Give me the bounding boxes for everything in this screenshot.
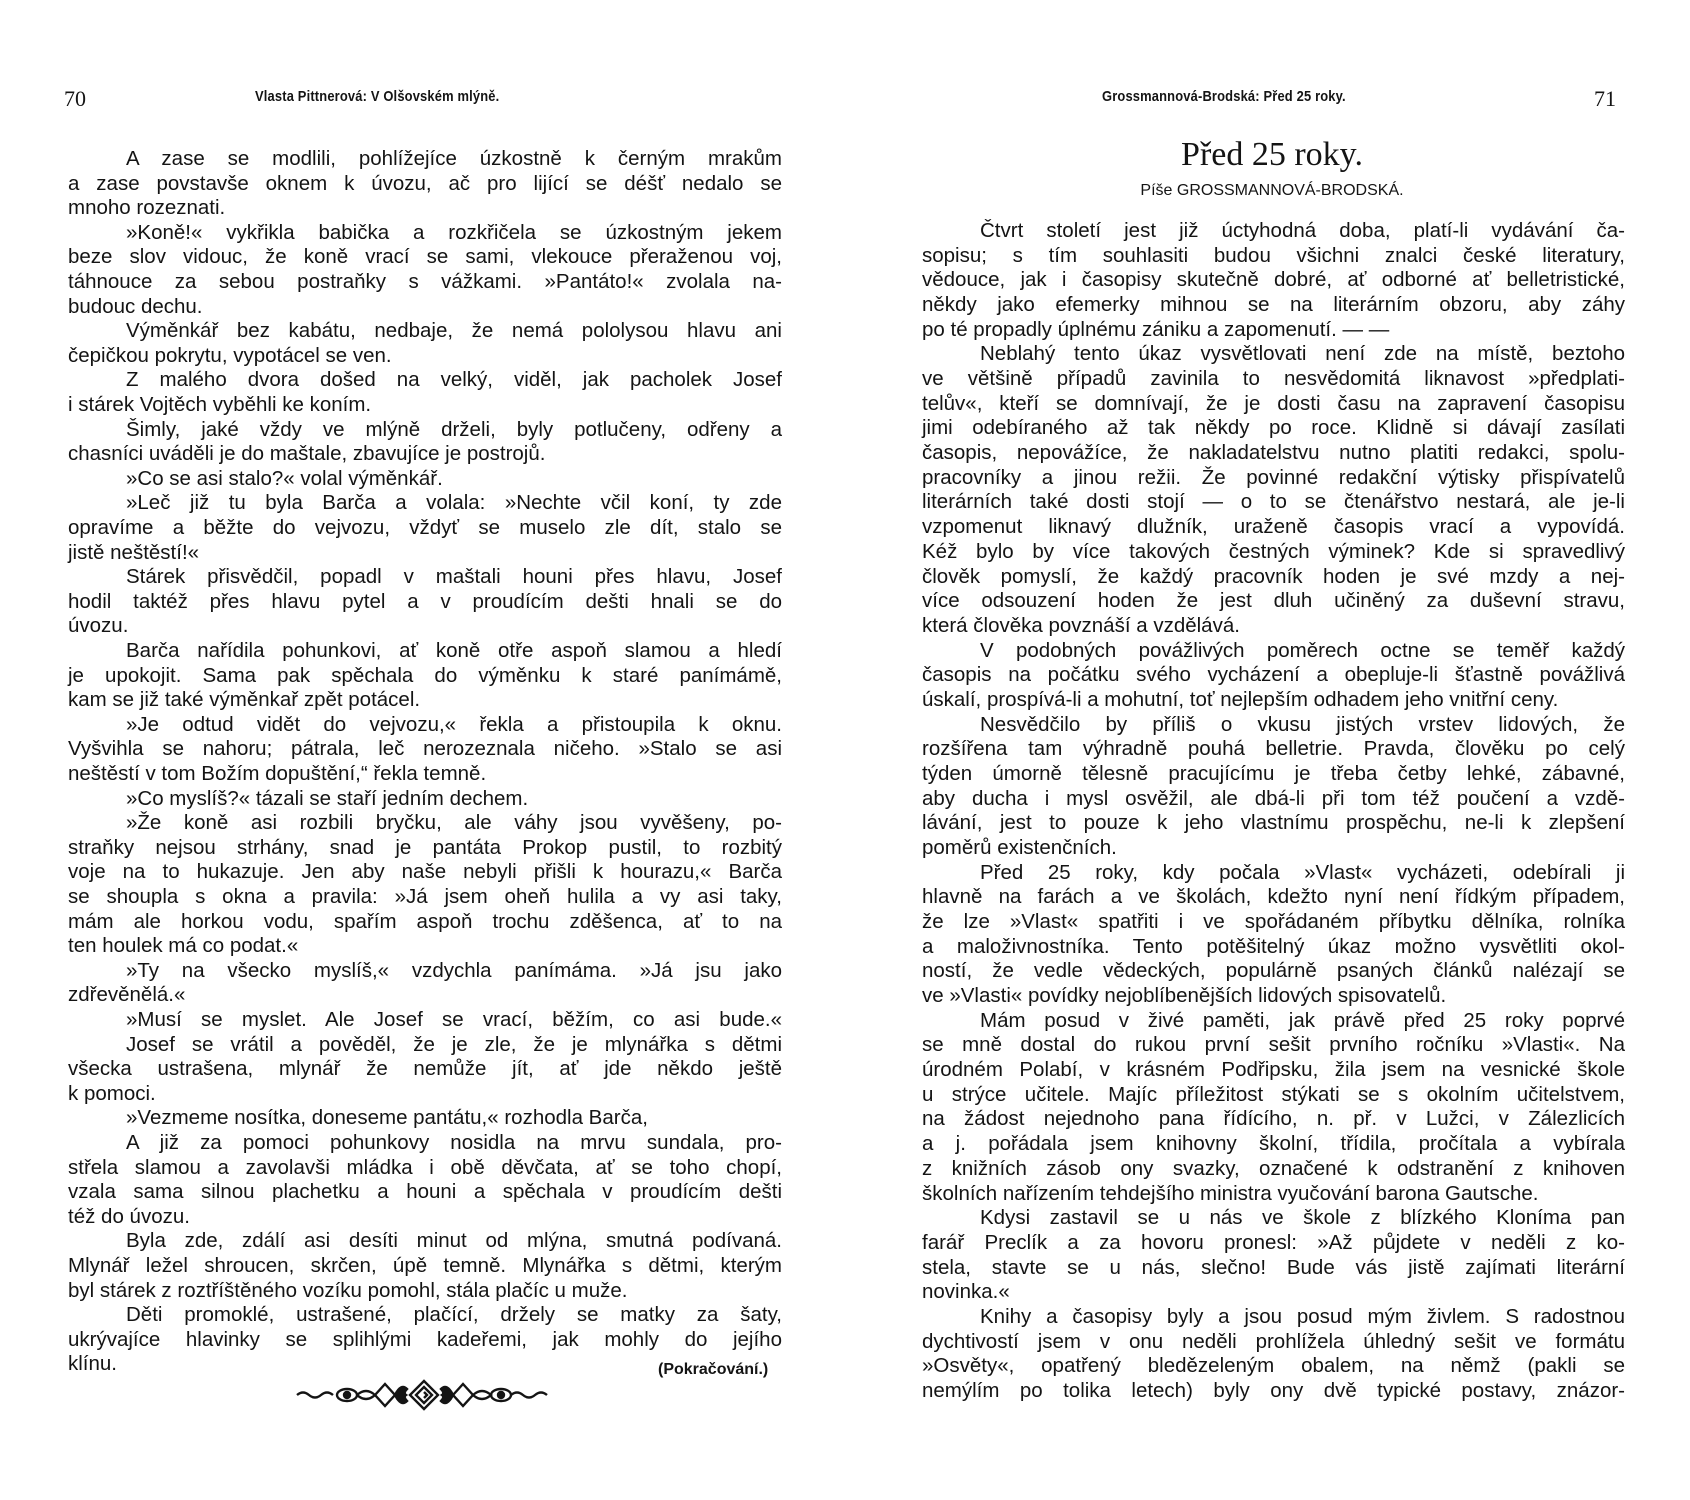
text-line: více odsouzení hoden že jest dluh učiněn…	[922, 588, 1625, 613]
text-line: u strýce učitele. Majíc příležitost stýk…	[922, 1082, 1625, 1107]
text-line: straňky nejsou strhány, snad je pantáta …	[68, 835, 782, 860]
text-line: a j. pořádala jsem knihovny školní, tříd…	[922, 1131, 1625, 1156]
text-line: »Koně!« vykřikla babička a rozkřičela se…	[68, 220, 782, 245]
text-line: »Že koně asi rozbili bryčku, ale váhy js…	[68, 810, 782, 835]
text-line: člověk pomyslí, že každý pracovník hoden…	[922, 564, 1625, 589]
text-line: Před 25 roky, kdy počala »Vlast« vycháze…	[922, 860, 1625, 885]
text-line: Vyšvihla se nahoru; pátrala, leč nerozez…	[68, 736, 782, 761]
text-line: Z malého dvora došed na velký, viděl, ja…	[68, 367, 782, 392]
text-line: vzala sama silnou plachetku a houni a sp…	[68, 1179, 782, 1204]
text-line: z knižních zásob ony svazky, označené k …	[922, 1156, 1625, 1181]
text-line: stela, stavte se u nás, slečno! Bude vás…	[922, 1255, 1625, 1280]
left-page: 70 Vlasta Pittnerová: V Olšovském mlýně.…	[0, 0, 845, 1500]
text-line: ukrývajíce hlavinky se splihlými kadeřem…	[68, 1327, 782, 1352]
text-line: beze slov vidouc, že koně vrací se sami,…	[68, 244, 782, 269]
article-title: Před 25 roky.	[922, 136, 1622, 174]
text-line: aby ducha i mysl osvěžil, ale dbá-li při…	[922, 786, 1625, 811]
text-line: a zase povstavše oknem k úvozu, ač pro l…	[68, 171, 782, 196]
text-line: sopisu; s tím souhlasiti budou všichni z…	[922, 243, 1625, 268]
text-line: mám ale horkou vodu, spařím aspoň trochu…	[68, 909, 782, 934]
text-line: Kéž bylo by více takových čestných výmin…	[922, 539, 1625, 564]
text-line: též do úvozu.	[68, 1204, 782, 1229]
page-number: 70	[64, 86, 86, 112]
text-line: mnoho rozeznati.	[68, 195, 782, 220]
text-line: školních nařízením tehdejšího ministra v…	[922, 1181, 1625, 1206]
text-line: Byla zde, zdálí asi desíti minut od mlýn…	[68, 1228, 782, 1253]
text-line: Josef se vrátil a pověděl, že je zle, že…	[68, 1032, 782, 1057]
text-line: k pomoci.	[68, 1081, 782, 1106]
running-head: Vlasta Pittnerová: V Olšovském mlýně.	[255, 88, 499, 105]
text-line: Mám posud v živé paměti, jak právě před …	[922, 1008, 1625, 1033]
text-line: je upokojit. Sama pak spěchala do výměnk…	[68, 663, 782, 688]
text-line: A zase se modlili, pohlížejíce úzkostně …	[68, 146, 782, 171]
text-line: týden úmorně tělesně pracujícímu je třeb…	[922, 761, 1625, 786]
ornament-icon	[295, 1378, 553, 1417]
text-line: Děti promoklé, ustrašené, plačící, držel…	[68, 1302, 782, 1327]
text-line: jistě neštěstí!«	[68, 540, 782, 565]
text-line: Stárek přisvědčil, popadl v maštali houn…	[68, 564, 782, 589]
page-number: 71	[1594, 86, 1616, 112]
text-line: »Co se asi stalo?« volal výměnkář.	[68, 466, 782, 491]
text-line: střela slamou a zavolavši mládka i obě d…	[68, 1155, 782, 1180]
text-line: lávání, jest to pouze k jeho vlastnímu p…	[922, 810, 1625, 835]
text-line: »Osvěty«, opatřený bledězeleným obalem, …	[922, 1353, 1625, 1378]
text-line: »Ty na všecko myslíš,« vzdychla panímáma…	[68, 958, 782, 983]
continuation-note: (Pokračování.)	[658, 1361, 768, 1379]
text-line: V podobných povážlivých poměrech octne s…	[922, 638, 1625, 663]
text-line: časopis na počátku svého vycházení a obe…	[922, 662, 1625, 687]
text-line: Knihy a časopisy byly a jsou posud mým ž…	[922, 1304, 1625, 1329]
text-line: Čtvrt století jest již úctyhodná doba, p…	[922, 218, 1625, 243]
text-line: vědouce, jak i časopisy skutečně dobré, …	[922, 267, 1625, 292]
running-head: Grossmannová-Brodská: Před 25 roky.	[1102, 88, 1346, 105]
text-line: kam se již také výměnkař zpět potácel.	[68, 687, 782, 712]
text-line: a maloživnostníka. Tento potěšitelný úka…	[922, 934, 1625, 959]
text-line: ten houlek má co podat.«	[68, 933, 782, 958]
text-line: někdy jako efemerky mihnou se na literár…	[922, 292, 1625, 317]
text-line: A již za pomoci pohunkovy nosidla na mrv…	[68, 1130, 782, 1155]
text-line: čepičkou pokrytu, vypotácel se ven.	[68, 343, 782, 368]
text-line: poměrů existenčních.	[922, 835, 1625, 860]
text-line: hlavně na farách a ve školách, kdežto ny…	[922, 884, 1625, 909]
text-line: telův«, kteří se domnívají, že je dosti …	[922, 391, 1625, 416]
text-line: vzpomenut liknavý dlužník, uraženě časop…	[922, 514, 1625, 539]
text-line: opravíme a běžte do vejvozu, vždyť se mu…	[68, 515, 782, 540]
text-line: úskalí, prospívá-li a mohutní, toť nejle…	[922, 687, 1625, 712]
text-line: po té propadly úplnému zániku a zapomenu…	[922, 317, 1625, 342]
text-line: budouc dechu.	[68, 294, 782, 319]
text-line: literárních také dosti stojí — o to se č…	[922, 489, 1625, 514]
text-line: jimi odebíraného až tak někdy po roce. K…	[922, 415, 1625, 440]
text-line: Nesvědčilo by příliš o vkusu jistých vrs…	[922, 712, 1625, 737]
text-line: úrodném Polabí, v krásném Podřipsku, žil…	[922, 1057, 1625, 1082]
right-page: Grossmannová-Brodská: Před 25 roky. 71 P…	[845, 0, 1690, 1500]
text-line: úvozu.	[68, 613, 782, 638]
text-line: chasníci uváděli je do maštale, zbavujíc…	[68, 441, 782, 466]
text-line: Šimly, jaké vždy ve mlýně drželi, byly p…	[68, 417, 782, 442]
text-line: časopis, nepovážíce, že nakladatelstvu n…	[922, 440, 1625, 465]
text-line: »Vezmeme nosítka, doneseme pantátu,« roz…	[68, 1105, 782, 1130]
text-line: Mlynář ležel shroucen, skrčen, úpě temně…	[68, 1253, 782, 1278]
text-line: novinka.«	[922, 1279, 1625, 1304]
text-line: pracovníky a jinou režii. Že povinné red…	[922, 465, 1625, 490]
text-line: Neblahý tento úkaz vysvětlovati není zde…	[922, 341, 1625, 366]
text-line: Barča nařídila pohunkovi, ať koně otře a…	[68, 638, 782, 663]
text-line: nemýlím po tolika letech) byly ony dvě t…	[922, 1378, 1625, 1403]
text-line: Výměnkář bez kabátu, nedbaje, že nemá po…	[68, 318, 782, 343]
article-byline: Píše GROSSMANNOVÁ-BRODSKÁ.	[922, 182, 1622, 200]
text-line: zdřevěnělá.«	[68, 982, 782, 1007]
text-line: Kdysi zastavil se u nás ve škole z blízk…	[922, 1205, 1625, 1230]
text-line: dychtivostí jsem v onu neděli prohlížela…	[922, 1329, 1625, 1354]
text-line: která člověka povznáší a vzdělává.	[922, 613, 1625, 638]
text-line: se mně dostal do rukou první sešit první…	[922, 1032, 1625, 1057]
text-line: že lze »Vlast« spatřiti i ve spořádaném …	[922, 909, 1625, 934]
text-line: rozšířena tam výhradně pouhá belletrie. …	[922, 736, 1625, 761]
text-line: ve většině případů zavinila to nesvědomi…	[922, 366, 1625, 391]
text-line: byl stárek z roztříštěného vozíku pomohl…	[68, 1278, 782, 1303]
text-line: táhnouce za sebou postraňky s vážkami. »…	[68, 269, 782, 294]
text-line: voje na to hukazuje. Jen aby naše nebyli…	[68, 859, 782, 884]
text-line: neštěstí v tom Božím dopuštění,“ řekla t…	[68, 761, 782, 786]
text-line: farář Preclík a za hovoru pronesl: »Až p…	[922, 1230, 1625, 1255]
text-line: »Co myslíš?« tázali se staří jedním dech…	[68, 786, 782, 811]
text-line: všecka ustrašena, mlynář že nemůže jít, …	[68, 1056, 782, 1081]
text-line: se shoupla s okna a pravila: »Já jsem oh…	[68, 884, 782, 909]
text-line: ve »Vlasti« povídky nejoblíbenějších lid…	[922, 983, 1625, 1008]
text-line: i stárek Vojtěch vyběhli ke koním.	[68, 392, 782, 417]
text-line: na žádost nejednoho pana řídícího, n. př…	[922, 1106, 1625, 1131]
text-line: »Leč již tu byla Barča a volala: »Nechte…	[68, 490, 782, 515]
text-line: »Musí se myslet. Ale Josef se vrací, běž…	[68, 1007, 782, 1032]
text-line: ností, že vedle vědeckých, populárně psa…	[922, 958, 1625, 983]
text-line: hodil taktéž přes hlavu pytel a v proudí…	[68, 589, 782, 614]
text-line: »Je odtud vidět do vejvozu,« řekla a při…	[68, 712, 782, 737]
